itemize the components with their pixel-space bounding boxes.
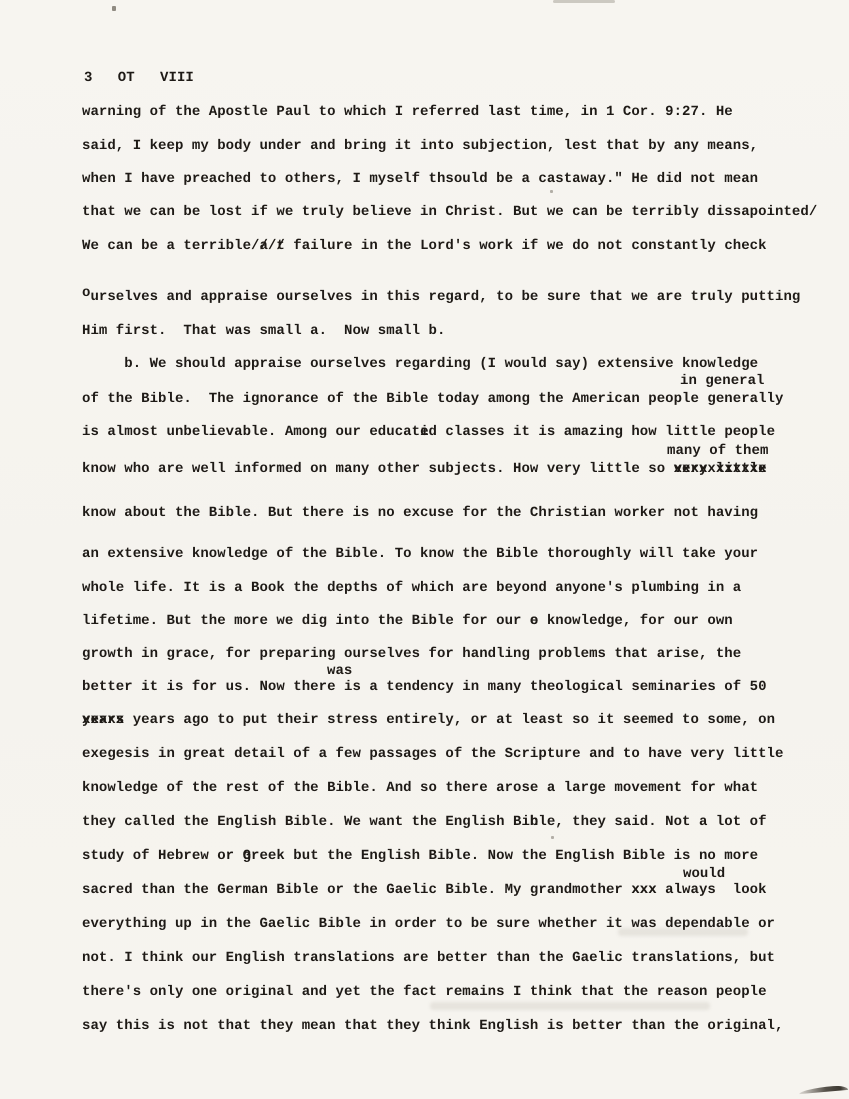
text-line: they called the English Bible. We want t…: [82, 814, 767, 831]
ink-speck: [112, 6, 116, 11]
text-line: better it is for us. Now there is a tend…: [82, 679, 767, 696]
text-line: know about the Bible. But there is no ex…: [82, 505, 758, 522]
interline-insertion: would: [683, 866, 725, 883]
text-segment: of the Bible. The ignorance of the Bible…: [82, 391, 783, 407]
text-line: study of Hebrew or gGreek but the Englis…: [82, 848, 758, 865]
text-line: there's only one original and yet the fa…: [82, 984, 767, 1001]
text-segment: reek but the English Bible. Now the Engl…: [251, 848, 758, 864]
text-segment: say this is not that they mean that they…: [82, 1018, 783, 1034]
text-line: not. I think our English translations ar…: [82, 950, 775, 967]
text-segment: that we can be lost if we truly believe …: [82, 204, 817, 220]
overstruck-text: oe: [530, 613, 538, 630]
strikeover-characters: xxxxxxxxxxx: [674, 461, 767, 478]
text-segment: said, I keep my body under and bring it …: [82, 138, 758, 154]
text-line: lifetime. But the more we dig into the B…: [82, 613, 733, 630]
text-line: sacred than the German Bible or the Gael…: [82, 882, 767, 899]
text-segment: Him first. That was small a. Now small b…: [82, 323, 445, 339]
text-segment: d classes it is amazing how little peopl…: [429, 424, 776, 440]
text-segment: would: [683, 866, 725, 882]
text-segment: better it is for us. Now there is a tend…: [82, 679, 767, 695]
text-line: is almost unbelievable. Among our educat…: [82, 424, 775, 441]
raised-character: o: [82, 285, 90, 302]
text-segment: when I have preached to others, I myself…: [82, 171, 758, 187]
text-segment: in general: [680, 373, 765, 389]
document-page: 3 OT VIII warning of the Apostle Paul to…: [0, 0, 849, 1099]
overstruck-text: very littlexxxxxxxxxxx: [674, 461, 767, 478]
text-segment: sacred than the German Bible or the Gael…: [82, 882, 631, 898]
page-edge-mark: [553, 0, 615, 3]
text-segment: not. I think our English translations ar…: [82, 950, 775, 966]
text-segment: growth in grace, for preparing ourselves…: [82, 646, 741, 662]
text-segment: years ago to put their stress entirely, …: [124, 712, 775, 728]
text-segment: le, they said. Not a lot of: [538, 814, 766, 830]
ghost-impression: [618, 928, 748, 936]
overstruck-text: t/: [276, 238, 284, 255]
text-segment: warning of the Apostle Paul to which I r…: [82, 104, 733, 120]
ink-speck: [551, 836, 554, 839]
interline-insertion: in general: [680, 373, 765, 390]
text-segment: always look: [657, 882, 767, 898]
text-line: We can be a terrible/a//t/ failure in th…: [82, 238, 767, 255]
interline-insertion: many of them: [667, 443, 768, 460]
text-segment: whole life. It is a Book the depths of w…: [82, 580, 741, 596]
text-line: knowledge of the rest of the Bible. And …: [82, 780, 758, 797]
text-segment: many of them: [667, 443, 768, 459]
corner-smudge: [799, 1085, 848, 1094]
text-segment: lifetime. But the more we dig into the B…: [82, 613, 530, 629]
overstruck-text: xxxxxx: [631, 882, 656, 899]
text-line: when I have preached to others, I myself…: [82, 171, 758, 188]
overstruck-text: a/: [259, 238, 267, 255]
overstruck-text: yearsxxxxx: [82, 712, 124, 729]
text-line: an extensive knowledge of the Bible. To …: [82, 546, 758, 563]
strikeover-characters: i: [420, 424, 428, 441]
overstruck-text: bh: [530, 814, 538, 831]
strikeover-characters: /: [259, 238, 267, 255]
text-segment: urselves and appraise ourselves in this …: [90, 289, 800, 305]
text-segment: /: [268, 238, 276, 254]
strikeover-characters: /: [276, 238, 284, 255]
text-segment: know about the Bible. But there is no ex…: [82, 505, 758, 521]
text-line: that we can be lost if we truly believe …: [82, 204, 817, 221]
text-line: warning of the Apostle Paul to which I r…: [82, 104, 733, 121]
text-segment: is almost unbelievable. Among our educat: [82, 424, 420, 440]
interline-insertion: was: [327, 663, 352, 680]
strikeover-characters: h: [530, 814, 538, 831]
text-line: growth in grace, for preparing ourselves…: [82, 646, 741, 663]
text-segment: an extensive knowledge of the Bible. To …: [82, 546, 758, 562]
text-segment: they called the English Bible. We want t…: [82, 814, 530, 830]
text-segment: exegesis in great detail of a few passag…: [82, 746, 783, 762]
ghost-impression: [430, 1002, 710, 1010]
text-segment: know who are well informed on many other…: [82, 461, 674, 477]
text-segment: was: [327, 663, 352, 679]
text-segment: failure in the Lord's work if we do not …: [285, 238, 767, 254]
text-line: said, I keep my body under and bring it …: [82, 138, 758, 155]
text-line: ourselves and appraise ourselves in this…: [82, 289, 800, 306]
ink-speck: [550, 190, 553, 193]
strikeover-characters: G: [243, 848, 251, 865]
page-header: 3 OT VIII: [84, 70, 194, 87]
overstruck-text: ei: [420, 424, 428, 441]
text-segment: We can be a terrible/: [82, 238, 259, 254]
strikeover-characters: xxx: [631, 882, 656, 899]
text-segment: knowledge, for our own: [538, 613, 732, 629]
text-line: of the Bible. The ignorance of the Bible…: [82, 391, 783, 408]
strikeover-characters: xxxxx: [82, 712, 124, 729]
text-line: say this is not that they mean that they…: [82, 1018, 783, 1035]
text-segment: knowledge of the rest of the Bible. And …: [82, 780, 758, 796]
text-segment: b. We should appraise ourselves regardin…: [82, 356, 758, 372]
text-line: exegesis in great detail of a few passag…: [82, 746, 783, 763]
overstruck-text: gG: [243, 848, 251, 865]
text-line: Him first. That was small a. Now small b…: [82, 323, 445, 340]
text-segment: study of Hebrew or: [82, 848, 243, 864]
text-line: yearsxxxxx years ago to put their stress…: [82, 712, 775, 729]
text-segment: there's only one original and yet the fa…: [82, 984, 767, 1000]
text-line: whole life. It is a Book the depths of w…: [82, 580, 741, 597]
text-line: know who are well informed on many other…: [82, 461, 767, 478]
strikeover-characters: e: [530, 613, 538, 630]
text-line: b. We should appraise ourselves regardin…: [82, 356, 758, 373]
